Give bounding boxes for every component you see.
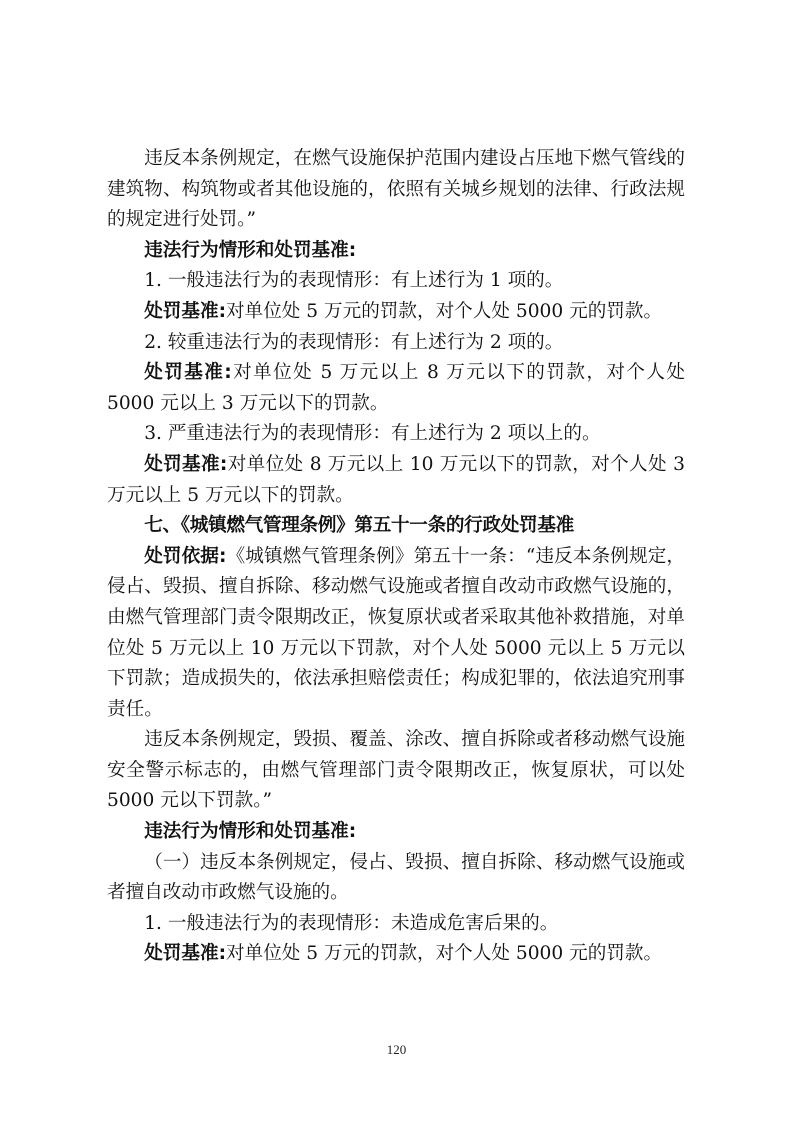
section-heading: 七、《城镇燃气管理条例》第五十一条的行政处罚基准 xyxy=(107,511,685,542)
penalty-basis-label: 处罚依据: xyxy=(144,546,226,567)
penalty-basis: 处罚依据:《城镇燃气管理条例》第五十一条：“违反本条例规定，侵占、毁损、擅自拆除… xyxy=(107,542,685,726)
section-subheading: 违法行为情形和处罚基准: xyxy=(107,817,685,848)
penalty-standard: 处罚基准:对单位处 5 万元的罚款，对个人处 5000 元的罚款。 xyxy=(107,939,685,970)
quoted-regulation-paragraph: 违反本条例规定，毁损、覆盖、涂改、擅自拆除或者移动燃气设施安全警示标志的，由燃气… xyxy=(107,725,685,817)
penalty-standard: 处罚基准:对单位处 8 万元以上 10 万元以下的罚款，对个人处 3 万元以上 … xyxy=(107,450,685,511)
penalty-standard-label: 处罚基准: xyxy=(144,362,232,383)
page-number: 120 xyxy=(0,1042,793,1058)
list-item: 1. 一般违法行为的表现情形：未造成危害后果的。 xyxy=(107,909,685,940)
penalty-standard: 处罚基准:对单位处 5 万元的罚款，对个人处 5000 元的罚款。 xyxy=(107,297,685,328)
document-page: 违反本条例规定，在燃气设施保护范围内建设占压地下燃气管线的建筑物、构筑物或者其他… xyxy=(107,144,685,970)
penalty-standard-text: 对单位处 5 万元的罚款，对个人处 5000 元的罚款。 xyxy=(226,301,662,322)
penalty-basis-text: 《城镇燃气管理条例》第五十一条：“违反本条例规定，侵占、毁损、擅自拆除、移动燃气… xyxy=(107,546,685,720)
quoted-regulation-paragraph: 违反本条例规定，在燃气设施保护范围内建设占压地下燃气管线的建筑物、构筑物或者其他… xyxy=(107,144,685,236)
penalty-standard: 处罚基准:对单位处 5 万元以上 8 万元以下的罚款，对个人处 5000 元以上… xyxy=(107,358,685,419)
section-subheading: 违法行为情形和处罚基准: xyxy=(107,236,685,267)
list-item: 1. 一般违法行为的表现情形：有上述行为 1 项的。 xyxy=(107,266,685,297)
penalty-standard-label: 处罚基准: xyxy=(144,301,226,322)
list-item: 3. 严重违法行为的表现情形：有上述行为 2 项以上的。 xyxy=(107,419,685,450)
list-item: 2. 较重违法行为的表现情形：有上述行为 2 项的。 xyxy=(107,328,685,359)
penalty-standard-label: 处罚基准: xyxy=(144,943,226,964)
penalty-standard-text: 对单位处 5 万元的罚款，对个人处 5000 元的罚款。 xyxy=(226,943,662,964)
penalty-standard-label: 处罚基准: xyxy=(144,454,227,475)
case-description: （一）违反本条例规定，侵占、毁损、擅自拆除、移动燃气设施或者擅自改动市政燃气设施… xyxy=(107,848,685,909)
